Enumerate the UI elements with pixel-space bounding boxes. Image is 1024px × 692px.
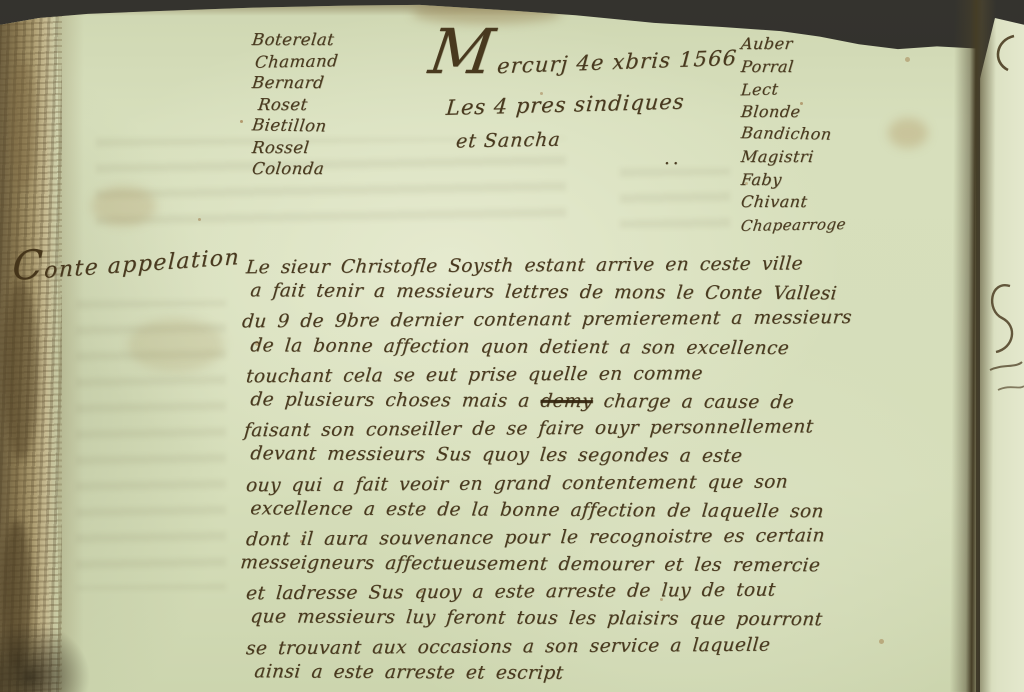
- attendee-name: Bernard: [251, 72, 340, 94]
- entry-body: Le sieur Christofle Soysth estant arrive…: [246, 255, 906, 690]
- attendee-name: Blonde: [740, 101, 847, 124]
- heading-date-text: ercurj 4e xbris 1566: [497, 46, 739, 78]
- body-line-segment: charge a cause de: [592, 391, 795, 413]
- binding-blotch: [2, 520, 32, 670]
- attendee-name: Porral: [740, 56, 847, 79]
- binding-blotch: [10, 60, 36, 190]
- manuscript-page: Boterelat Chamand Bernard Roset Bietillo…: [0, 0, 976, 692]
- body-line: devant messieurs Sus quoy les segondes a…: [249, 444, 907, 475]
- attendee-name: Magistri: [740, 146, 847, 169]
- body-line: de la bonne affection quon detient a son…: [249, 335, 907, 366]
- attendee-name: Faby: [740, 169, 847, 192]
- body-line: Le sieur Christofle Soysth estant arrive…: [245, 253, 908, 285]
- book-gutter: [950, 0, 997, 692]
- session-heading: M ercurj 4e xbris 1566 Les 4 pres sindiq…: [430, 26, 738, 150]
- manuscript-photo: Boterelat Chamand Bernard Roset Bietillo…: [0, 0, 1024, 692]
- body-line: excellence a este de la bonne affection …: [249, 498, 907, 529]
- attendee-name: Chapearroge: [739, 213, 847, 237]
- attendee-name: Bandichon: [740, 122, 847, 146]
- body-line-with-strikeout: de plusieurs choses mais a demy charge a…: [249, 389, 907, 420]
- stain: [128, 318, 224, 372]
- attendee-name: Lect: [740, 77, 847, 102]
- crossed-out-word: demy: [539, 391, 593, 412]
- attendee-name: Colonda: [251, 158, 340, 180]
- body-line: dont il aura souvenance pour le recognoi…: [245, 525, 908, 557]
- foxing-specks: [240, 120, 243, 123]
- attendee-name: Bietillon: [251, 114, 340, 137]
- body-line: du 9 de 9bre dernier contenant premierem…: [241, 307, 908, 339]
- attendee-name: Auber: [740, 33, 847, 56]
- attendee-name: Chamand: [254, 50, 339, 73]
- body-line: que messieurs luy feront tous les plaisi…: [249, 607, 907, 638]
- attendee-name: Roset: [257, 94, 340, 116]
- bleed-through: [620, 168, 730, 228]
- heading-sindiques-line: Les 4 pres sindiques: [445, 88, 739, 120]
- stain: [888, 118, 928, 148]
- stain: [92, 186, 156, 226]
- body-line: se trouvant aux occasions a son service …: [245, 633, 908, 665]
- body-line-segment: de plusieurs choses mais a: [249, 389, 541, 412]
- ink-dots: ..: [664, 148, 681, 169]
- heading-date-line: M ercurj 4e xbris 1566: [430, 26, 738, 78]
- attendee-name: Boterelat: [251, 29, 340, 51]
- body-line: ouy qui a fait veoir en grand contenteme…: [245, 470, 908, 502]
- pen-mark-icon: [24, 0, 76, 20]
- binding-blotch: [4, 280, 38, 460]
- attendee-name: Chivant: [740, 191, 847, 214]
- attendee-list-left: Boterelat Chamand Bernard Roset Bietillo…: [252, 29, 338, 180]
- body-line: ainsi a este arreste et escript: [253, 661, 907, 692]
- attendee-name: Rossel: [251, 137, 340, 159]
- heading-initial: M: [426, 26, 497, 78]
- attendee-list-right: Auber Porral Lect Blonde Bandichon Magis…: [741, 33, 846, 236]
- heading-sancha-line: et Sancha: [455, 126, 739, 153]
- body-line: touchant cela se eut prise quelle en com…: [245, 361, 908, 393]
